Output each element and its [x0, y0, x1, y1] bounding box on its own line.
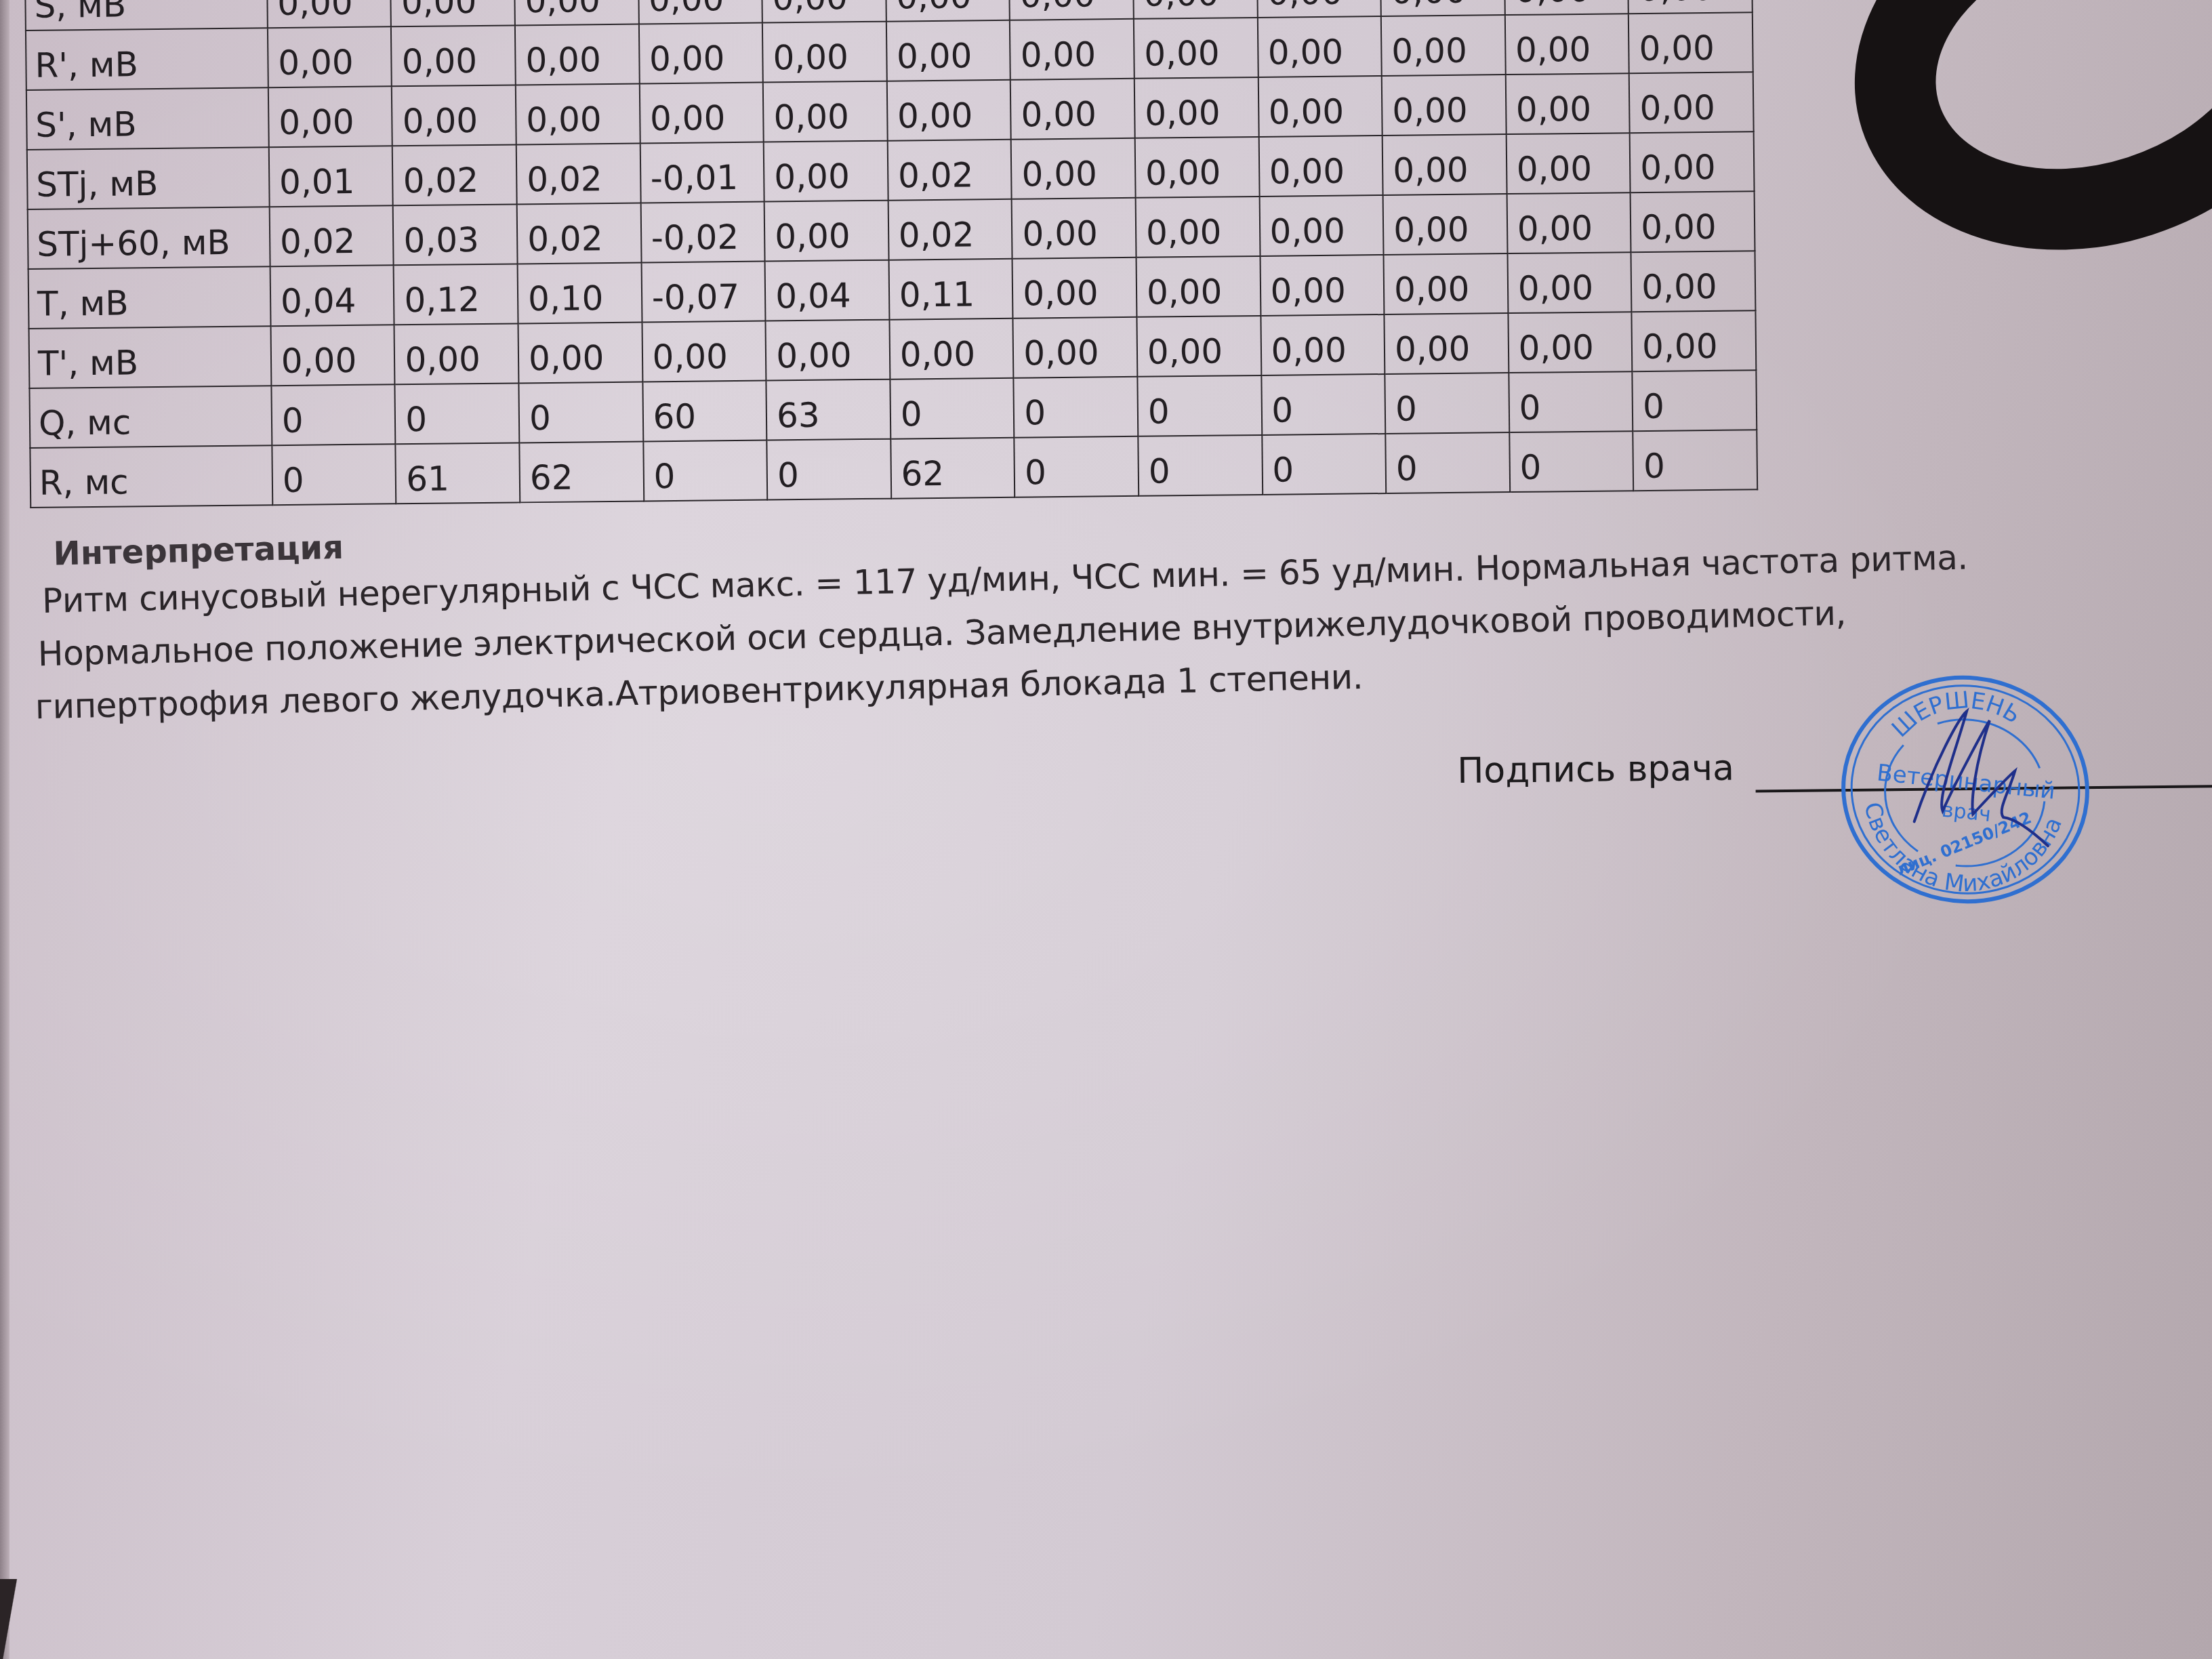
lead-value-cell: 0,00: [1012, 198, 1136, 259]
lead-value-cell: 0,00: [762, 22, 886, 83]
parameter-label: STj, мВ: [27, 147, 270, 209]
lead-value-cell: 0,00: [1385, 313, 1509, 374]
lead-value-cell: 0,02: [888, 199, 1012, 260]
lead-value-cell: 0,00: [764, 141, 888, 202]
lead-value-cell: 0,00: [763, 81, 887, 142]
lead-value-cell: 0,00: [1506, 133, 1630, 194]
parameter-label: R, мс: [30, 445, 272, 508]
lead-value-cell: 0,02: [392, 144, 516, 205]
lead-value-cell: 0,00: [391, 25, 515, 86]
lead-value-cell: 0,00: [638, 23, 762, 84]
lead-value-cell: 0,00: [390, 0, 514, 26]
lead-value-cell: 0,00: [1260, 255, 1384, 316]
parameter-label: T', мВ: [29, 326, 272, 388]
lead-value-cell: 0,00: [1381, 15, 1505, 76]
paper-edge: [0, 0, 9, 1659]
lead-value-cell: 0,01: [269, 146, 393, 207]
parameter-label: STj+60, мВ: [28, 207, 270, 269]
lead-value-cell: 0,00: [515, 24, 639, 85]
lead-value-cell: 0,00: [1261, 314, 1385, 375]
lead-value-cell: 0,00: [1629, 12, 1753, 73]
lead-value-cell: 0: [890, 378, 1014, 439]
lead-value-cell: -0,01: [640, 142, 764, 203]
lead-value-cell: 0,00: [1135, 137, 1259, 198]
lead-value-cell: 0,00: [1504, 14, 1629, 75]
lead-value-cell: 0,00: [268, 86, 392, 147]
lead-value-cell: 0: [767, 439, 891, 500]
lead-value-cell: 0,00: [762, 0, 886, 23]
lead-value-cell: 0,00: [1133, 0, 1257, 19]
lead-value-cell: 0,00: [638, 0, 762, 24]
lead-value-cell: 0,02: [516, 144, 640, 205]
lead-value-cell: -0,02: [640, 202, 764, 263]
parameter-label: S', мВ: [26, 87, 269, 150]
lead-value-cell: 0,00: [1134, 18, 1258, 79]
lead-value-cell: 0,00: [1383, 194, 1507, 255]
lead-value-cell: 0: [395, 383, 519, 444]
lead-value-cell: 62: [890, 438, 1015, 499]
lead-value-cell: 0,00: [1628, 0, 1753, 14]
lead-value-cell: 0,00: [887, 80, 1011, 141]
lead-value-cell: 0: [1509, 371, 1633, 432]
lead-value-cell: 0: [1509, 431, 1633, 492]
lead-value-cell: 0,00: [1012, 258, 1136, 319]
lead-value-cell: 0,00: [1507, 192, 1631, 253]
lead-value-cell: 0,11: [888, 259, 1012, 320]
lead-value-cell: 0,00: [639, 83, 763, 144]
lead-value-cell: 0: [1633, 430, 1757, 491]
lead-value-cell: 0,03: [393, 204, 517, 265]
lead-value-cell: 0,00: [1010, 19, 1134, 80]
lead-value-cell: 0,00: [1629, 72, 1754, 133]
lead-value-cell: 0,00: [1632, 310, 1757, 371]
lead-value-cell: 63: [766, 380, 890, 441]
parameter-label: T, мВ: [28, 266, 271, 329]
signature-label: Подпись врача: [1457, 748, 1734, 792]
lead-value-cell: 0,00: [1258, 136, 1382, 197]
lead-value-cell: 0,00: [766, 320, 890, 381]
lead-value-cell: 0: [1633, 370, 1757, 431]
lead-value-cell: 0,00: [394, 323, 518, 384]
lead-value-cell: 0,12: [394, 264, 518, 325]
lead-value-cell: 0,00: [1384, 253, 1508, 314]
lead-value-cell: 0: [1014, 377, 1138, 438]
lead-value-cell: 0,00: [1136, 316, 1261, 377]
lead-value-cell: 0,00: [1630, 131, 1755, 192]
lead-value-cell: 62: [519, 441, 643, 502]
parameter-label: Q, мс: [29, 386, 272, 448]
lead-value-cell: 0: [1138, 435, 1262, 496]
lead-value-cell: 0: [643, 441, 767, 501]
lead-value-cell: 0,00: [1380, 0, 1504, 16]
paper-corner-shadow: [0, 1579, 27, 1659]
lead-value-cell: 0,00: [1257, 16, 1381, 77]
lead-value-cell: 0: [1385, 432, 1509, 493]
lead-value-cell: 0: [1015, 436, 1139, 497]
parameter-label: S, мВ: [25, 0, 268, 30]
lead-value-cell: 0: [1385, 373, 1509, 434]
lead-value-cell: 0,02: [517, 203, 641, 264]
lead-value-cell: 0,00: [1011, 138, 1135, 199]
ecg-measurement-table-container: S, мВ0,000,000,000,000,000,000,000,000,0…: [24, 0, 1765, 508]
lead-value-cell: 0,00: [1136, 256, 1260, 317]
interpretation-section: Интерпретация Ритм синусовый нерегулярны…: [41, 488, 2146, 733]
lead-value-cell: 0,10: [518, 262, 642, 323]
lead-value-cell: 0,02: [270, 205, 394, 266]
lead-value-cell: 0: [1137, 375, 1261, 436]
lead-value-cell: 0: [271, 384, 395, 445]
lead-value-cell: 0,00: [514, 0, 638, 25]
lead-value-cell: 0,00: [1631, 191, 1755, 252]
lead-value-cell: -0,07: [641, 262, 765, 323]
lead-value-cell: 0,00: [1009, 0, 1133, 20]
lead-value-cell: 0,00: [1508, 312, 1632, 373]
lead-value-cell: 0,00: [267, 0, 391, 28]
lead-value-cell: 0,04: [270, 265, 394, 326]
lead-value-cell: 0,00: [516, 84, 640, 145]
lead-value-cell: 0,00: [642, 321, 766, 382]
lead-value-cell: 0,00: [1504, 0, 1629, 15]
lead-value-cell: 0,00: [886, 0, 1010, 22]
lead-value-cell: 0,00: [1010, 79, 1134, 140]
stamp-seal-icon: ШЕРШЕНЬ Ветеринарный врач лиц. 02150/242…: [1825, 658, 2106, 921]
lead-value-cell: 0,00: [1507, 252, 1631, 313]
lead-value-cell: 0,00: [1382, 134, 1507, 195]
lead-value-cell: 0,02: [887, 140, 1011, 201]
lead-value-cell: 0,00: [518, 322, 642, 383]
lead-value-cell: 61: [396, 443, 520, 504]
lead-value-cell: 0,00: [1259, 195, 1383, 256]
lead-value-cell: 60: [642, 381, 766, 442]
lead-value-cell: 0: [1261, 374, 1385, 435]
lead-value-cell: 0: [1262, 434, 1386, 495]
lead-value-cell: 0: [518, 382, 642, 443]
lead-value-cell: 0,00: [1382, 75, 1506, 136]
lead-value-cell: 0,00: [1013, 317, 1137, 378]
lead-value-cell: 0,00: [1258, 76, 1382, 137]
lead-value-cell: 0,00: [1631, 251, 1756, 312]
veterinary-stamp: ШЕРШЕНЬ Ветеринарный врач лиц. 02150/242…: [1825, 658, 2106, 921]
lead-value-cell: 0,00: [886, 20, 1010, 81]
ecg-measurement-table: S, мВ0,000,000,000,000,000,000,000,000,0…: [24, 0, 1758, 508]
black-ring-object: [1803, 0, 2212, 310]
lead-value-cell: 0,00: [889, 319, 1013, 380]
lead-value-cell: 0,00: [764, 201, 888, 262]
parameter-label: R', мВ: [26, 28, 268, 90]
lead-value-cell: 0,00: [1505, 73, 1629, 134]
lead-value-cell: 0,00: [268, 26, 392, 87]
lead-value-cell: 0,00: [270, 325, 394, 386]
lead-value-cell: 0,00: [1136, 197, 1260, 258]
lead-value-cell: 0,00: [1134, 77, 1258, 138]
lead-value-cell: 0,00: [392, 85, 516, 146]
lead-value-cell: 0,00: [1256, 0, 1380, 18]
lead-value-cell: 0: [272, 444, 396, 505]
lead-value-cell: 0,04: [765, 260, 889, 321]
